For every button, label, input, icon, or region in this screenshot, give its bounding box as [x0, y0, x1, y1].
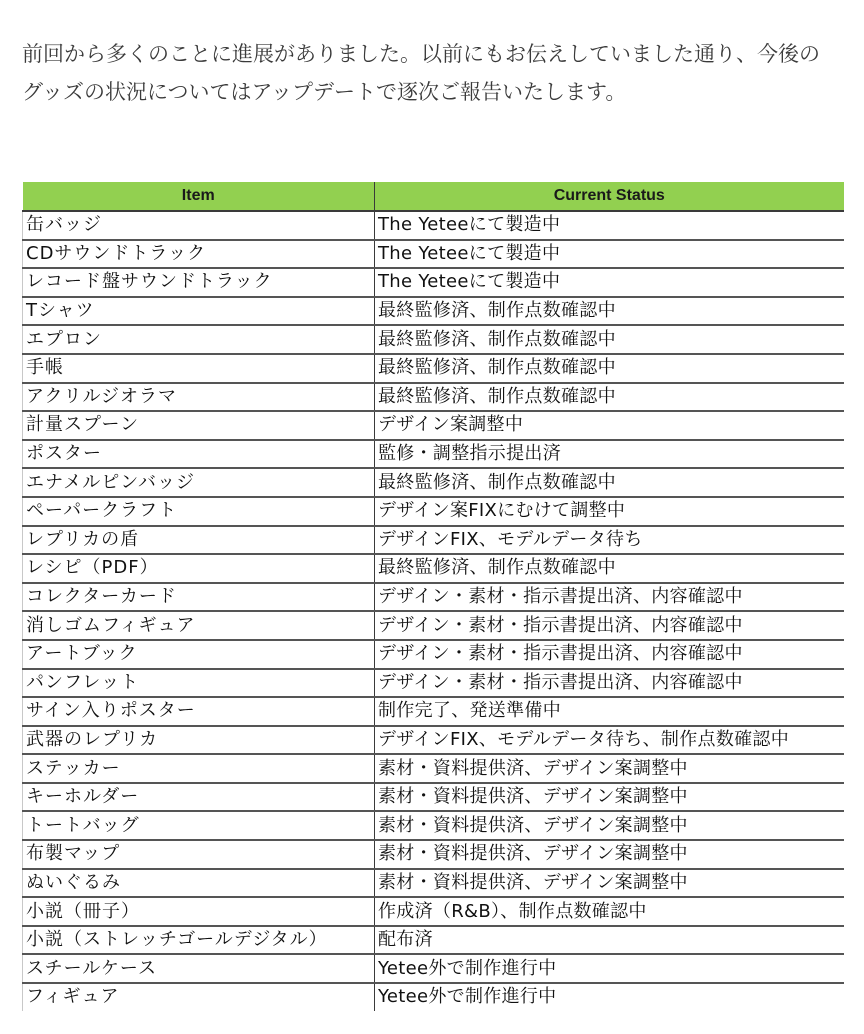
table-row: 小説（冊子）作成済（R&B）、制作点数確認中: [23, 897, 844, 926]
item-cell: エプロン: [23, 325, 375, 354]
status-cell: The Yeteeにて製造中: [375, 211, 844, 240]
status-cell: 最終監修済、制作点数確認中: [375, 468, 844, 497]
item-cell: ポスター: [23, 440, 375, 469]
column-header-item: Item: [23, 182, 375, 211]
table-row: パンフレットデザイン・素材・指示書提出済、内容確認中: [23, 669, 844, 698]
item-cell: 小説（ストレッチゴールデジタル）: [23, 926, 375, 955]
table-row: ステッカー素材・資料提供済、デザイン案調整中: [23, 754, 844, 783]
status-cell: 素材・資料提供済、デザイン案調整中: [375, 840, 844, 869]
table-row: ペーパークラフトデザイン案FIXにむけて調整中: [23, 497, 844, 526]
item-cell: 缶バッジ: [23, 211, 375, 240]
table-row: エナメルピンバッジ最終監修済、制作点数確認中: [23, 468, 844, 497]
status-cell: 最終監修済、制作点数確認中: [375, 325, 844, 354]
item-cell: レシピ（PDF）: [23, 554, 375, 583]
item-cell: 消しゴムフィギュア: [23, 611, 375, 640]
status-cell: Yetee外で制作進行中: [375, 954, 844, 983]
goods-status-table-container: Item Current Status 缶バッジThe Yeteeにて製造中 C…: [22, 182, 843, 1011]
status-cell: 素材・資料提供済、デザイン案調整中: [375, 869, 844, 898]
status-cell: デザインFIX、モデルデータ待ち、制作点数確認中: [375, 726, 844, 755]
table-row: トートバッグ素材・資料提供済、デザイン案調整中: [23, 811, 844, 840]
item-cell: スチールケース: [23, 954, 375, 983]
status-cell: 配布済: [375, 926, 844, 955]
table-row: アクリルジオラマ最終監修済、制作点数確認中: [23, 383, 844, 412]
table-body: 缶バッジThe Yeteeにて製造中 CDサウンドトラックThe Yeteeにて…: [23, 211, 844, 1011]
item-cell: 小説（冊子）: [23, 897, 375, 926]
status-cell: 最終監修済、制作点数確認中: [375, 297, 844, 326]
table-row: コレクターカードデザイン・素材・指示書提出済、内容確認中: [23, 583, 844, 612]
table-row: キーホルダー素材・資料提供済、デザイン案調整中: [23, 783, 844, 812]
item-cell: レコード盤サウンドトラック: [23, 268, 375, 297]
item-cell: 武器のレプリカ: [23, 726, 375, 755]
status-cell: The Yeteeにて製造中: [375, 240, 844, 269]
item-cell: アクリルジオラマ: [23, 383, 375, 412]
table-row: エプロン最終監修済、制作点数確認中: [23, 325, 844, 354]
table-row: 武器のレプリカデザインFIX、モデルデータ待ち、制作点数確認中: [23, 726, 844, 755]
status-cell: デザイン・素材・指示書提出済、内容確認中: [375, 669, 844, 698]
table-row: 布製マップ素材・資料提供済、デザイン案調整中: [23, 840, 844, 869]
status-cell: デザイン・素材・指示書提出済、内容確認中: [375, 611, 844, 640]
status-cell: 素材・資料提供済、デザイン案調整中: [375, 783, 844, 812]
item-cell: キーホルダー: [23, 783, 375, 812]
status-cell: The Yeteeにて製造中: [375, 268, 844, 297]
intro-paragraph: 前回から多くのことに進展がありました。以前にもお伝えしていました通り、今後のグッ…: [22, 35, 822, 111]
table-row: 缶バッジThe Yeteeにて製造中: [23, 211, 844, 240]
item-cell: ステッカー: [23, 754, 375, 783]
item-cell: パンフレット: [23, 669, 375, 698]
table-row: ぬいぐるみ素材・資料提供済、デザイン案調整中: [23, 869, 844, 898]
column-header-status: Current Status: [375, 182, 844, 211]
item-cell: レプリカの盾: [23, 526, 375, 555]
status-cell: デザイン案調整中: [375, 411, 844, 440]
status-cell: 素材・資料提供済、デザイン案調整中: [375, 754, 844, 783]
item-cell: 布製マップ: [23, 840, 375, 869]
table-row: アートブックデザイン・素材・指示書提出済、内容確認中: [23, 640, 844, 669]
table-row: レシピ（PDF）最終監修済、制作点数確認中: [23, 554, 844, 583]
table-row: CDサウンドトラックThe Yeteeにて製造中: [23, 240, 844, 269]
table-row: 消しゴムフィギュアデザイン・素材・指示書提出済、内容確認中: [23, 611, 844, 640]
item-cell: ぬいぐるみ: [23, 869, 375, 898]
status-cell: デザインFIX、モデルデータ待ち: [375, 526, 844, 555]
status-cell: デザイン・素材・指示書提出済、内容確認中: [375, 583, 844, 612]
table-row: 小説（ストレッチゴールデジタル）配布済: [23, 926, 844, 955]
table-row: レコード盤サウンドトラックThe Yeteeにて製造中: [23, 268, 844, 297]
table-row: レプリカの盾デザインFIX、モデルデータ待ち: [23, 526, 844, 555]
status-cell: 素材・資料提供済、デザイン案調整中: [375, 811, 844, 840]
item-cell: 手帳: [23, 354, 375, 383]
status-cell: デザイン・素材・指示書提出済、内容確認中: [375, 640, 844, 669]
item-cell: CDサウンドトラック: [23, 240, 375, 269]
status-cell: 制作完了、発送準備中: [375, 697, 844, 726]
goods-status-table: Item Current Status 缶バッジThe Yeteeにて製造中 C…: [22, 182, 844, 1011]
item-cell: コレクターカード: [23, 583, 375, 612]
item-cell: Tシャツ: [23, 297, 375, 326]
table-header-row: Item Current Status: [23, 182, 844, 211]
item-cell: エナメルピンバッジ: [23, 468, 375, 497]
status-cell: 最終監修済、制作点数確認中: [375, 354, 844, 383]
item-cell: 計量スプーン: [23, 411, 375, 440]
item-cell: フィギュア: [23, 983, 375, 1011]
status-cell: 最終監修済、制作点数確認中: [375, 554, 844, 583]
status-cell: 監修・調整指示提出済: [375, 440, 844, 469]
item-cell: ペーパークラフト: [23, 497, 375, 526]
table-row: 計量スプーンデザイン案調整中: [23, 411, 844, 440]
status-cell: Yetee外で制作進行中: [375, 983, 844, 1011]
item-cell: アートブック: [23, 640, 375, 669]
table-row: フィギュアYetee外で制作進行中: [23, 983, 844, 1011]
status-cell: 最終監修済、制作点数確認中: [375, 383, 844, 412]
table-row: サイン入りポスター制作完了、発送準備中: [23, 697, 844, 726]
item-cell: サイン入りポスター: [23, 697, 375, 726]
item-cell: トートバッグ: [23, 811, 375, 840]
table-row: Tシャツ最終監修済、制作点数確認中: [23, 297, 844, 326]
status-cell: 作成済（R&B）、制作点数確認中: [375, 897, 844, 926]
table-row: ポスター監修・調整指示提出済: [23, 440, 844, 469]
table-row: スチールケースYetee外で制作進行中: [23, 954, 844, 983]
table-row: 手帳最終監修済、制作点数確認中: [23, 354, 844, 383]
status-cell: デザイン案FIXにむけて調整中: [375, 497, 844, 526]
